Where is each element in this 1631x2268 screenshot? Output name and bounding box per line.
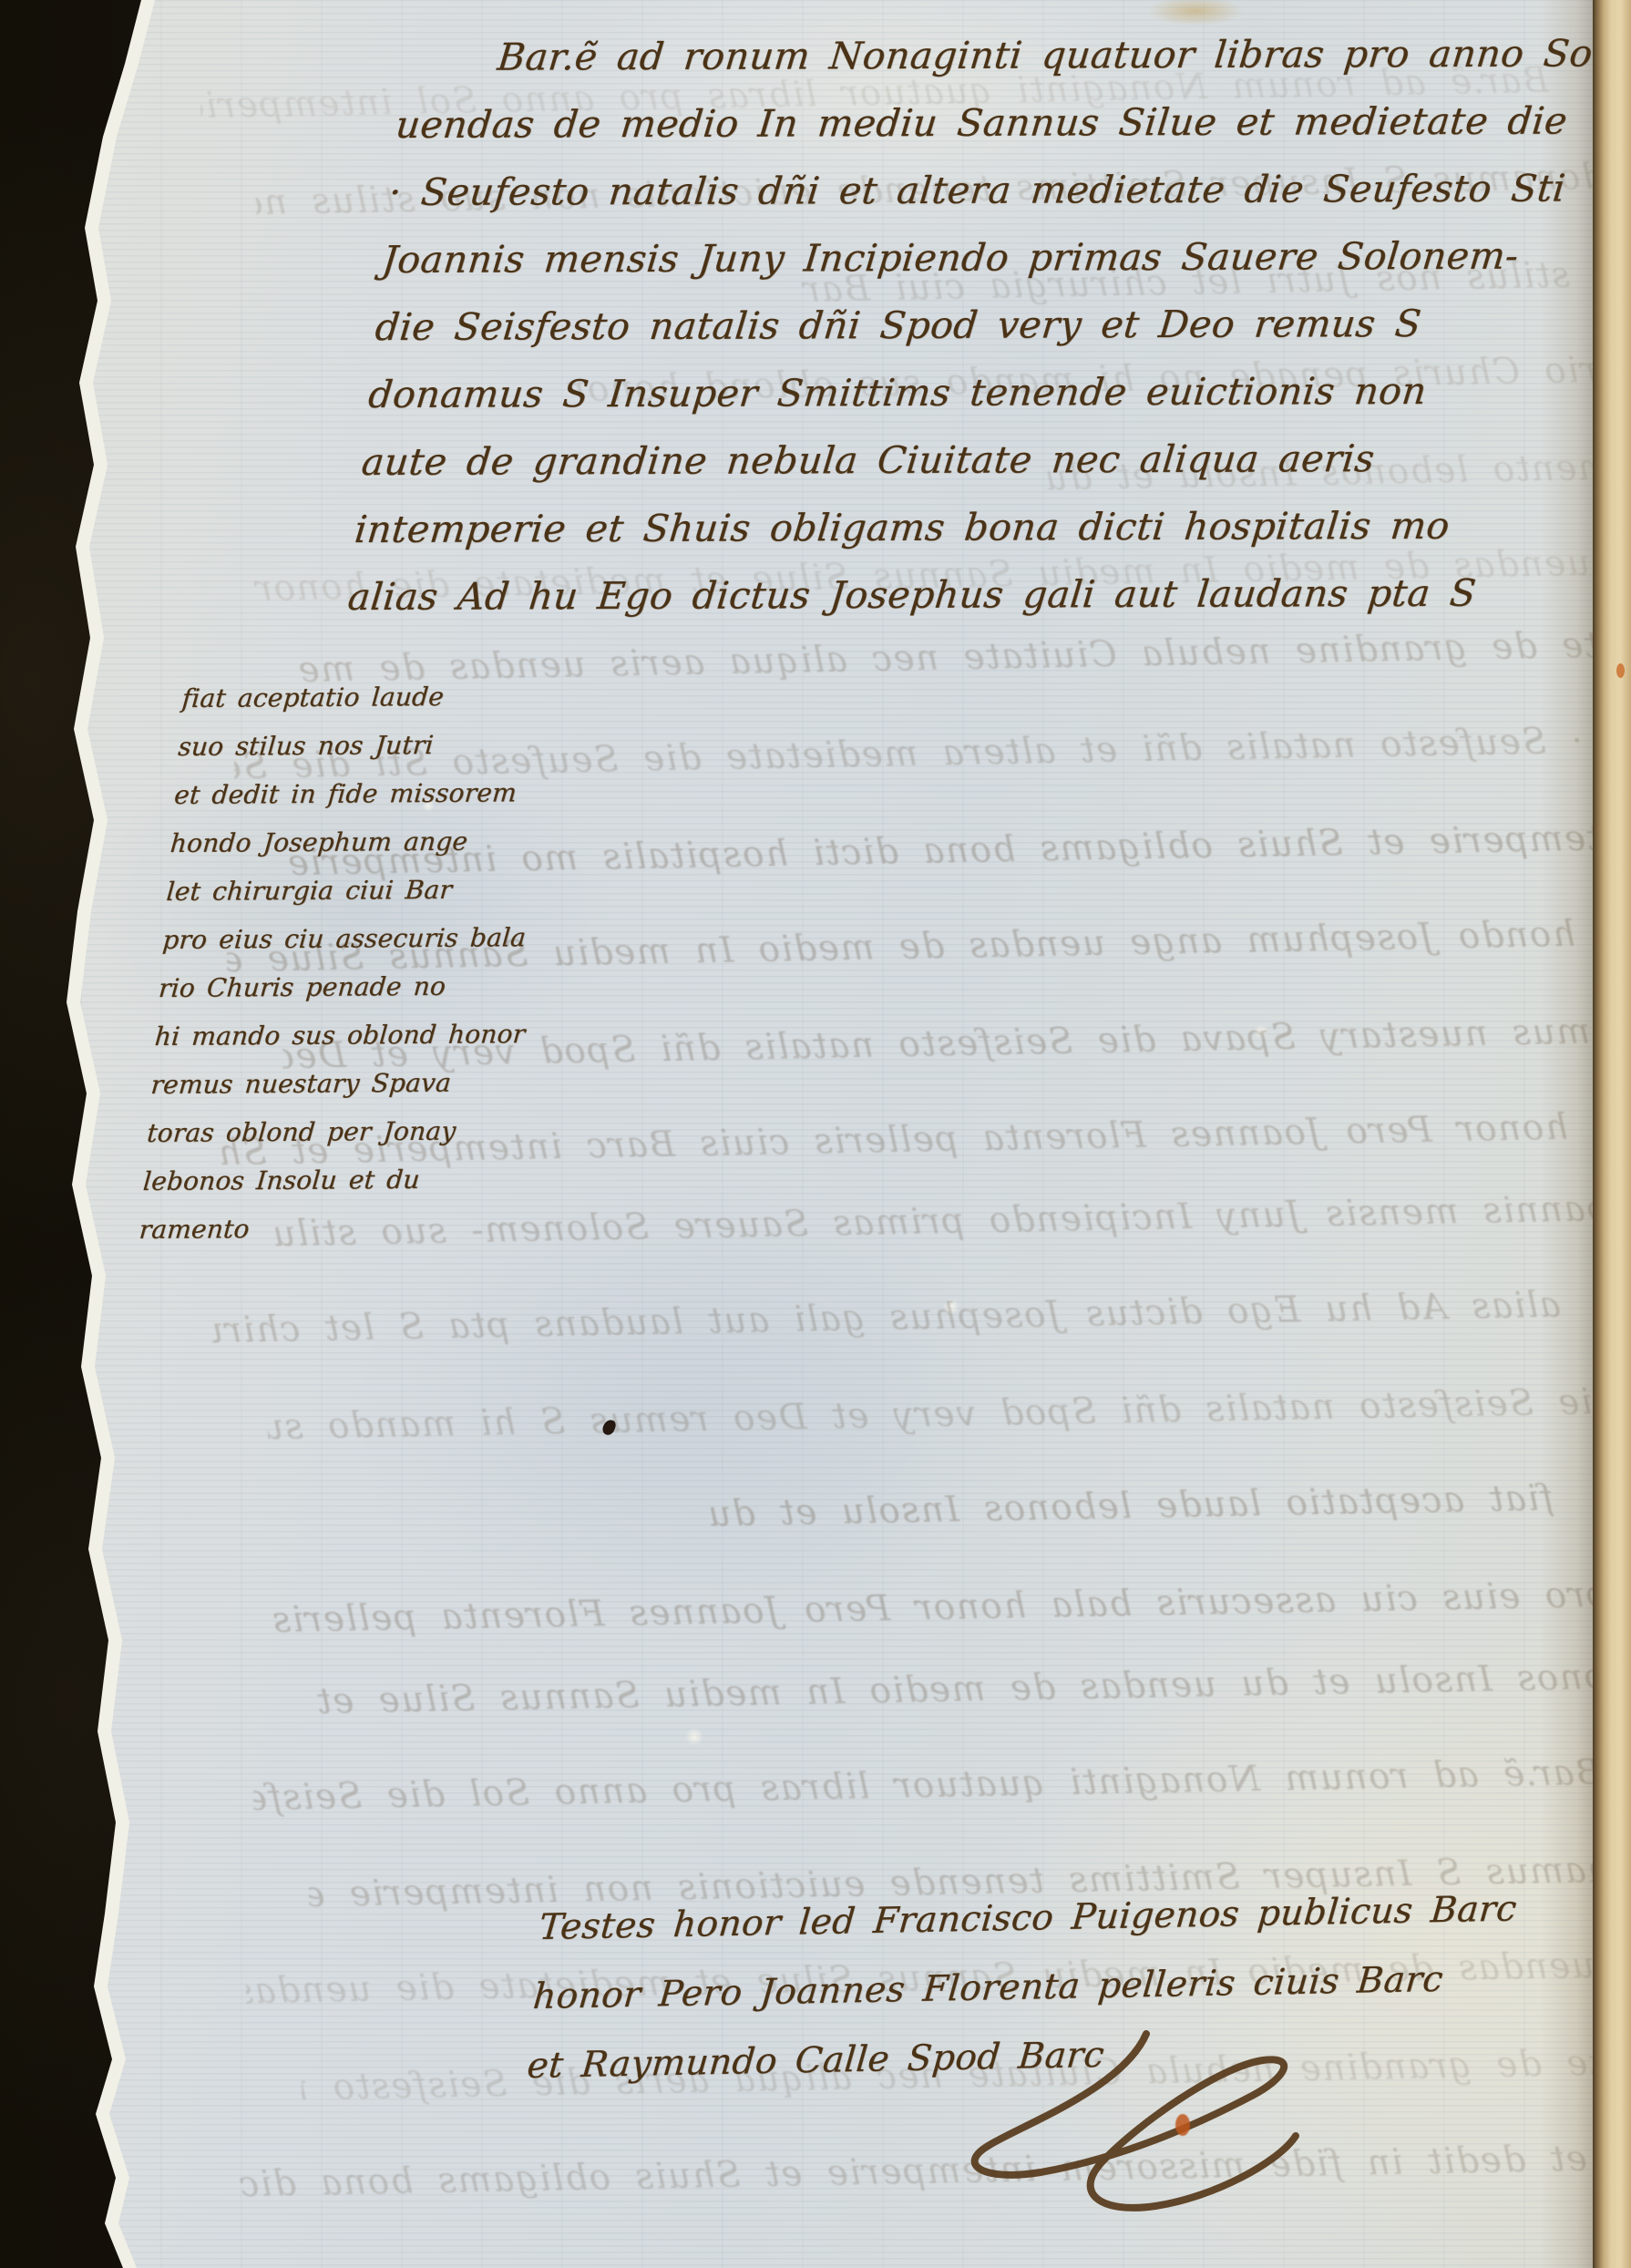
main-text-line: · Seufesto natalis dñi et altera medieta…	[385, 154, 1586, 226]
margin-note-line: hi mando sus oblond honor	[153, 1010, 512, 1061]
ink-blot	[601, 1418, 618, 1436]
ghost-text-line: et dedit in fide missorem intemperie et …	[239, 2139, 1588, 2205]
margin-note-line: lebonos Insolu et du	[141, 1155, 500, 1206]
ghost-text-line: alias Ad hu Ego dictus Josephus gali aut…	[212, 1285, 1562, 1351]
ghost-text-line: pro eius ciu assecuris bala honor Pero J…	[261, 1575, 1610, 1641]
margin-note-line: hondo Josephum ange	[169, 816, 528, 867]
ghost-text-line: Bar.ẽ ad ronum Nonaginti quatuor libras …	[253, 1752, 1603, 1819]
edge-speck	[1616, 663, 1625, 678]
main-text-line: Joannis mensis Juny Incipiendo primas Sa…	[379, 221, 1580, 293]
ghost-text-line: fiat aceptatio laude lebonos Insolu et d…	[205, 1478, 1554, 1544]
main-text-line: alias Ad hu Ego dictus Josephus gali aut…	[344, 559, 1545, 631]
main-text-line: intemperie et Shuis obligams bona dicti …	[352, 491, 1553, 563]
main-text-block: Bar.ẽ ad ronum Nonaginti quatuor libras …	[344, 19, 1600, 631]
margin-note-line: toras oblond per Jonay	[145, 1106, 504, 1157]
margin-note-line: et dedit in fide missorem	[172, 768, 531, 819]
main-text-line: aute de grandine nebula Ciuitate nec ali…	[358, 424, 1559, 496]
main-text-line: uendas de medio In mediu Sannus Silue et…	[393, 87, 1594, 159]
margin-note-line: let chirurgia ciui Bar	[165, 865, 524, 916]
margin-note-line: fiat aceptatio laude	[180, 672, 539, 723]
margin-note-line: ramento	[138, 1203, 497, 1254]
main-text-line: die Seisfesto natalis dñi Spod very et D…	[372, 289, 1573, 361]
margin-note-line: pro eius ciu assecuris bala	[160, 913, 519, 964]
margin-note-line: suo stilus nos Jutri	[176, 720, 535, 771]
margin-note-line: rio Churis penade no	[157, 961, 516, 1012]
manuscript-scan: Bar.ẽ ad ronum Nonaginti quatuor libras …	[0, 0, 1631, 2268]
wax-dot	[1175, 2114, 1190, 2136]
ghost-text-line: die Seisfesto natalis dñi Spod very et D…	[268, 1381, 1617, 1448]
ghost-text-line: lebonos Insolu et du uendas de medio In …	[316, 1656, 1631, 1722]
margin-note-block: fiat aceptatio laude suo stilus nos Jutr…	[138, 672, 539, 1254]
margin-note-line: remus nuestary Spava	[149, 1058, 508, 1109]
main-text-line: donamus S Insuper Smittims tenende euict…	[365, 356, 1566, 428]
main-text-line: Bar.ẽ ad ronum Nonaginti quatuor libras …	[399, 19, 1600, 91]
manuscript-page: Bar.ẽ ad ronum Nonaginti quatuor libras …	[0, 0, 1631, 2268]
witness-block: Testes honor led Francisco Puigenos publ…	[524, 1876, 1463, 2101]
